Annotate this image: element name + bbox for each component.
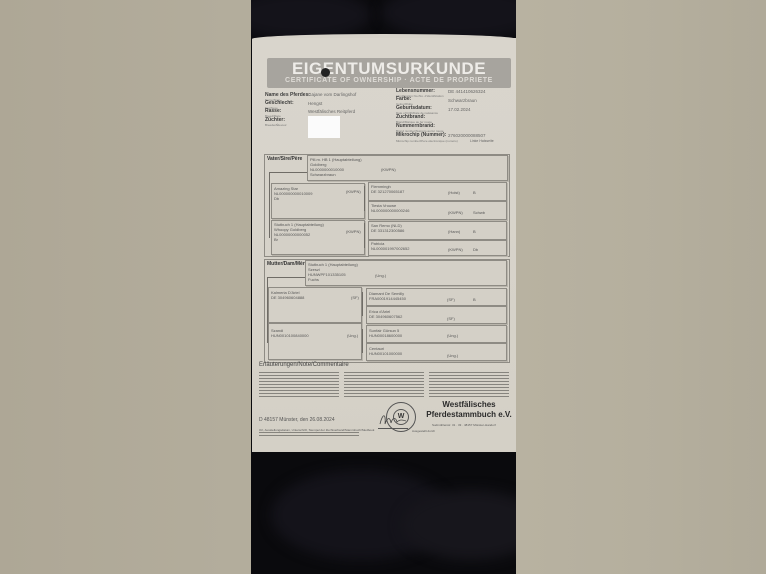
- field-value-breed: Westfälisches Reitpferd: [308, 109, 355, 114]
- ggs-studbook: (KWPN): [448, 248, 463, 253]
- field-sub-breeder: Breeder/Éleveur: [265, 123, 287, 127]
- field-value-chip-location: Linke Halsseite: [470, 139, 494, 143]
- dam-dam-box: Szandi HUN0010100840000 (Ung.): [268, 323, 362, 360]
- gd-studbook: (KWPN): [346, 230, 361, 235]
- ggs-studbook: (KWPN): [448, 211, 463, 216]
- ggd-box-1: Diamant De Semilly FRA0001914445450 (SF)…: [366, 288, 507, 306]
- ggs-ueln: DE 331312300586: [371, 229, 404, 234]
- org-name-line2: Pferdestammbuch e.V.: [424, 410, 514, 420]
- gd-studbook: (SF): [351, 296, 359, 301]
- field-value-dob: 17.02.2024: [448, 107, 471, 112]
- sire-colour: Schwarzbraun: [310, 173, 336, 178]
- gs-ueln: NL000000000010009: [274, 192, 312, 197]
- ggd-studbook: (SF): [447, 317, 455, 322]
- ggd-studbook: (SF): [447, 298, 455, 303]
- ggd-ueln: HUN00101000000: [369, 352, 402, 357]
- ggd-studbook: (Ung.): [447, 354, 458, 359]
- pedigree-connector: [362, 292, 363, 316]
- pedigree-connector: [267, 277, 305, 278]
- dam-colour: Fuchs: [308, 278, 319, 283]
- ggs-colour: B: [473, 191, 476, 196]
- comments-heading: Erläuterungen/Note/Commentaire: [259, 362, 349, 368]
- dam-section-label: Mutter/Dam/Mère: [267, 261, 308, 267]
- ggd-ueln: HUN00018600000: [369, 334, 402, 339]
- ggs-colour: Db: [473, 248, 478, 253]
- gd-ueln: HUN0010100840000: [271, 334, 309, 339]
- dam-studbook: (Ung.): [375, 274, 386, 279]
- ggd-ueln: DE 304960607562: [369, 315, 402, 320]
- ggd-studbook: (Ung.): [447, 334, 458, 339]
- field-value-ueln: DE 441410626324: [448, 89, 486, 94]
- ggd-box-4: Centauri HUN00101000000 (Ung.): [366, 343, 507, 361]
- field-value-colour: Schwarzbraun: [448, 98, 477, 103]
- gs-studbook: (KWPN): [346, 190, 361, 195]
- field-value-sex: Hengst: [308, 101, 322, 106]
- pedigree-connector: [269, 172, 307, 173]
- stamp-seal: W: [386, 402, 416, 432]
- ggs-box-4: Patricia NL000001997002652 (KWPN) Db: [368, 240, 507, 256]
- dam-sire-box: Kalmeria D'Ariel DE 304960604888 (SF): [268, 287, 362, 323]
- ggs-studbook: (Holst): [448, 191, 460, 196]
- gd-ueln: DE 304960604888: [271, 296, 304, 301]
- title-banner: EIGENTUMSURKUNDE CERTIFICATE OF OWNERSHI…: [267, 58, 511, 88]
- seal-letter: W: [393, 409, 409, 425]
- gs-colour: Db: [274, 197, 279, 202]
- gd-colour: Br: [274, 238, 278, 243]
- ggs-colour: B: [473, 230, 476, 235]
- sire-dam-box: Stutbuch 1 (Hauptabteilung) Whoopy Goldb…: [271, 220, 365, 255]
- ggs-box-1: Flemmingh DE 321270065187 (Holst) B: [368, 182, 507, 201]
- legal-text-en: [344, 372, 424, 398]
- redacted-breeder-box: [308, 116, 340, 138]
- punch-hole: [321, 68, 330, 77]
- org-address: Sudmühlenstr. 31 · 33 · 48157 Münster-Ha…: [432, 423, 496, 428]
- ggd-ueln: FRA0001914445450: [369, 297, 406, 302]
- ggd-box-2: Erica d'Ariel DE 304960607562 (SF): [366, 306, 507, 324]
- footer-small-text: [259, 432, 359, 438]
- ggs-colour: Schwb: [473, 211, 485, 216]
- pedigree-connector: [364, 223, 365, 248]
- pedigree-connector: [362, 329, 363, 353]
- org-name-line1: Westfälisches: [424, 400, 514, 410]
- document-title: EIGENTUMSURKUNDE: [267, 59, 511, 79]
- issued-by: Ausgestellt durch: [412, 429, 435, 434]
- pedigree-connector: [269, 172, 270, 238]
- ggs-studbook: (Hann): [448, 230, 460, 235]
- field-label-microchip: Mikrochip (Nummer):: [396, 132, 446, 138]
- dam-box: Stutbuch 1 (Hauptabteilung) Szeszi HUNWP…: [305, 260, 507, 286]
- sire-box: Pill.m. HB 1 (Hauptabteilung) Goldberg N…: [307, 155, 508, 181]
- document-subtitle: CERTIFICATE OF OWNERSHIP · ACTE DE PROPR…: [267, 77, 511, 84]
- field-value-name: Gajane vom Darlingshof: [308, 92, 356, 97]
- legal-text-fr: [429, 372, 509, 398]
- background-right: [516, 0, 766, 574]
- gd-studbook: (Ung.): [347, 334, 358, 339]
- field-sub-microchip: Microchip number/Puce électronique (numé…: [396, 139, 458, 143]
- ggs-box-2: Tiesta Vrouwe NL000000000000246 (KWPN) S…: [368, 201, 507, 220]
- ggd-box-3: Sunfair Gürsun 5 HUN00018600000 (Ung.): [366, 325, 507, 343]
- sire-section-label: Vater/Sire/Père: [267, 156, 302, 162]
- field-value-microchip: 276020000088507: [448, 133, 486, 138]
- ggs-ueln: NL000001997002652: [371, 247, 409, 252]
- sire-sire-box: Amazing Star NL000000000010009 Db (KWPN): [271, 183, 365, 219]
- pedigree-connector: [364, 186, 365, 211]
- organization-name: Westfälisches Pferdestammbuch e.V.: [424, 400, 514, 420]
- ggs-ueln: NL000000000000246: [371, 209, 409, 214]
- ggd-colour: B: [473, 298, 476, 303]
- gd-ueln: NL00000000000052: [274, 233, 310, 238]
- ggs-box-3: San Remo (NLD) DE 331312300586 (Hann) B: [368, 221, 507, 240]
- ggs-ueln: DE 321270065187: [371, 190, 404, 195]
- legal-text-de: [259, 372, 339, 398]
- place-date: D 48157 Münster, den 26.08.2024: [259, 418, 335, 423]
- sire-studbook: (KWPN): [381, 168, 396, 173]
